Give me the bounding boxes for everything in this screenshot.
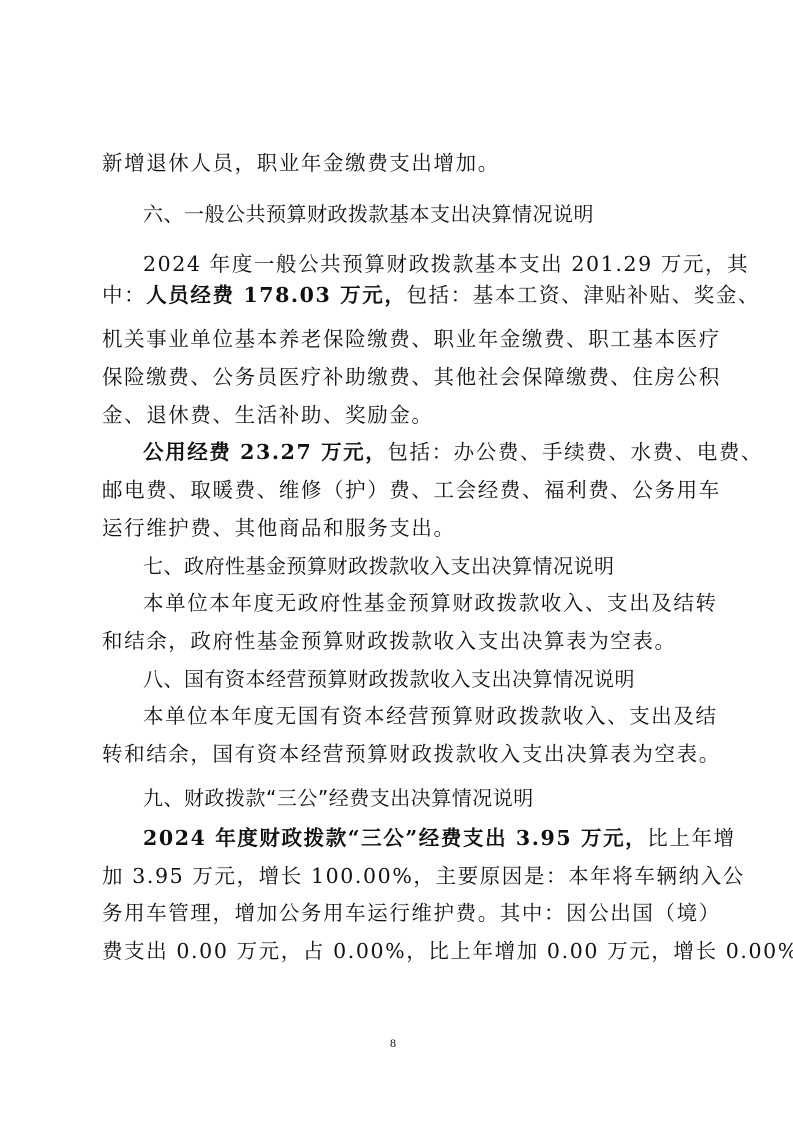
- paragraph-line: 公用经费 23.27 万元，包括：办公费、手续费、水费、电费、: [143, 439, 743, 465]
- section-heading-7: 七、政府性基金预算财政拨款收入支出决算情况说明: [143, 553, 743, 579]
- paragraph-line: 本单位本年度无国有资本经营预算财政拨款收入、支出及结: [143, 703, 743, 729]
- section-heading-8: 八、国有资本经营预算财政拨款收入支出决算情况说明: [143, 666, 743, 692]
- paragraph-line: 新增退休人员，职业年金缴费支出增加。: [102, 150, 702, 176]
- public-expense-emphasis: 公用经费 23.27 万元，: [143, 440, 387, 464]
- section-heading-6: 六、一般公共预算财政拨款基本支出决算情况说明: [143, 201, 743, 227]
- section-heading-9: 九、财政拨款“三公”经费支出决算情况说明: [143, 785, 743, 811]
- page-number: 8: [390, 1036, 396, 1051]
- paragraph-line: 邮电费、取暖费、维修（护）费、工会经费、福利费、公务用车: [102, 477, 702, 503]
- document-page: 新增退休人员，职业年金缴费支出增加。 六、一般公共预算财政拨款基本支出决算情况说…: [0, 0, 793, 1122]
- paragraph-line: 加 3.95 万元，增长 100.00%，主要原因是：本年将车辆纳入公: [102, 863, 702, 889]
- text-span: 中：: [102, 283, 146, 307]
- paragraph-line: 转和结余，国有资本经营预算财政拨款收入支出决算表为空表。: [102, 741, 702, 767]
- paragraph-line: 机关事业单位基本养老保险缴费、职业年金缴费、职工基本医疗: [102, 326, 702, 352]
- paragraph-line: 金、退休费、生活补助、奖励金。: [102, 402, 702, 428]
- paragraph-line: 2024 年度一般公共预算财政拨款基本支出 201.29 万元，其: [143, 251, 743, 277]
- paragraph-line: 务用车管理，增加公务用车运行维护费。其中：因公出国（境）: [102, 900, 702, 926]
- text-span: 比上年增: [647, 826, 735, 850]
- paragraph-line: 运行维护费、其他商品和服务支出。: [102, 515, 702, 541]
- text-span: 包括：办公费、手续费、水费、电费、: [387, 440, 763, 464]
- paragraph-line: 费支出 0.00 万元，占 0.00%，比上年增加 0.00 万元，增长 0.0…: [102, 938, 702, 964]
- three-public-expense-emphasis: 2024 年度财政拨款“三公”经费支出 3.95 万元，: [143, 826, 647, 850]
- text-span: 包括：基本工资、津贴补贴、奖金、: [406, 283, 760, 307]
- paragraph-line: 中：人员经费 178.03 万元，包括：基本工资、津贴补贴、奖金、: [102, 282, 702, 308]
- personnel-expense-emphasis: 人员经费 178.03 万元，: [146, 283, 406, 307]
- paragraph-line: 和结余，政府性基金预算财政拨款收入支出决算表为空表。: [102, 628, 702, 654]
- paragraph-line: 本单位本年度无政府性基金预算财政拨款收入、支出及结转: [143, 590, 743, 616]
- paragraph-line: 2024 年度财政拨款“三公”经费支出 3.95 万元，比上年增: [143, 825, 743, 851]
- paragraph-line: 保险缴费、公务员医疗补助缴费、其他社会保障缴费、住房公积: [102, 364, 702, 390]
